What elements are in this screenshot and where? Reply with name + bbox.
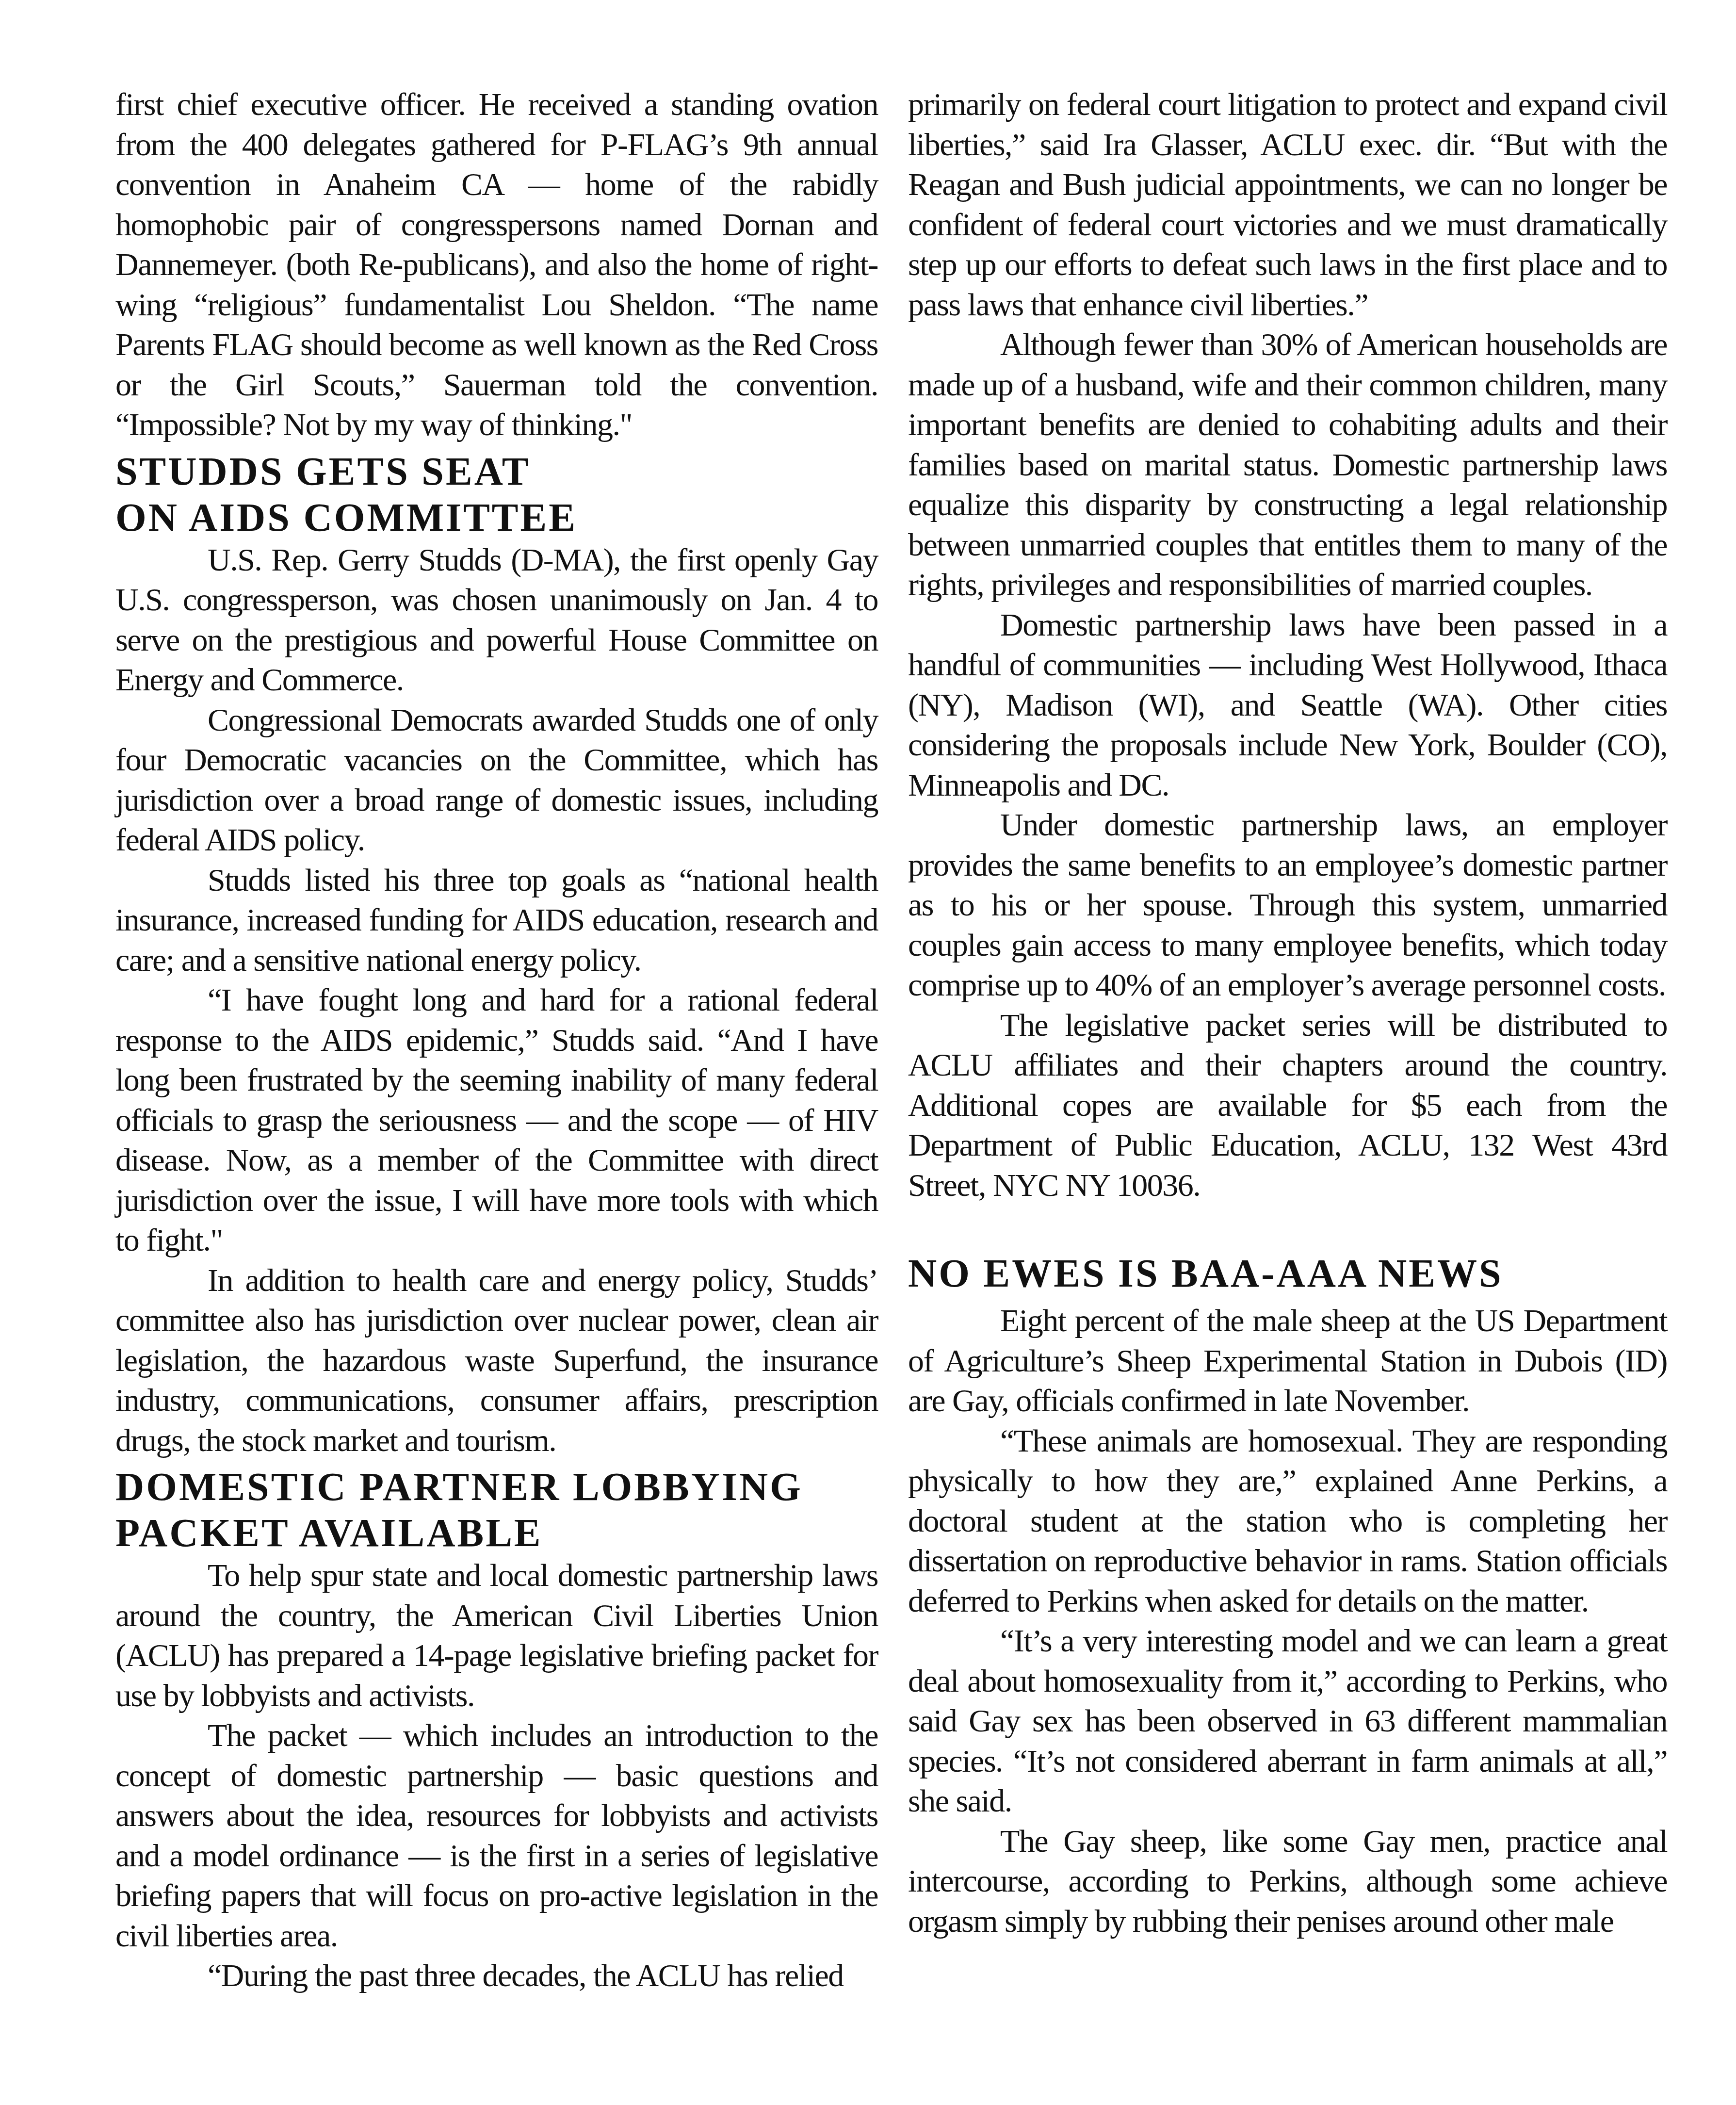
- article-paragraph: Studds listed his three top goals as “na…: [115, 861, 878, 981]
- article-paragraph: “I have fought long and hard for a ratio…: [115, 980, 878, 1261]
- headline-domestic-partner: DOMESTIC PARTNER LOBBYING PACKET AVAILAB…: [115, 1464, 878, 1556]
- article-paragraph: The legislative packet series will be di…: [908, 1006, 1667, 1206]
- headline-studds: STUDDS GETS SEAT ON AIDS COMMITTEE: [115, 448, 878, 540]
- headline-ewes: NO EWES IS BAA-AAA NEWS: [908, 1250, 1667, 1296]
- article-paragraph: Under domestic partnership laws, an empl…: [908, 805, 1667, 1006]
- article-paragraph: In addition to health care and energy po…: [115, 1261, 878, 1461]
- article-paragraph: The packet — which includes an introduct…: [115, 1716, 878, 1956]
- article-paragraph: To help spur state and local domestic pa…: [115, 1556, 878, 1716]
- intro-paragraph: first chief executive officer. He receiv…: [115, 85, 878, 445]
- article-paragraph: Although fewer than 30% of American hous…: [908, 325, 1667, 605]
- article-paragraph: “It’s a very interesting model and we ca…: [908, 1621, 1667, 1822]
- article-paragraph: U.S. Rep. Gerry Studds (D-MA), the first…: [115, 540, 878, 701]
- article-paragraph: The Gay sheep, like some Gay men, practi…: [908, 1822, 1667, 1942]
- article-paragraph: Eight percent of the male sheep at the U…: [908, 1301, 1667, 1421]
- continued-paragraph: primarily on federal court litigation to…: [908, 85, 1667, 325]
- article-paragraph: “These animals are homosexual. They are …: [908, 1421, 1667, 1622]
- headline-domestic-line2: PACKET AVAILABLE: [115, 1511, 543, 1555]
- left-column: first chief executive officer. He receiv…: [115, 85, 878, 1996]
- article-paragraph: “During the past three decades, the ACLU…: [115, 1956, 878, 1996]
- article-paragraph: Congressional Democrats awarded Studds o…: [115, 701, 878, 861]
- headline-domestic-line1: DOMESTIC PARTNER LOBBYING: [115, 1465, 803, 1509]
- article-paragraph: Domestic partnership laws have been pass…: [908, 605, 1667, 806]
- headline-studds-line1: STUDDS GETS SEAT: [115, 449, 530, 493]
- headline-studds-line2: ON AIDS COMMITTEE: [115, 495, 577, 539]
- right-column: primarily on federal court litigation to…: [908, 85, 1667, 1942]
